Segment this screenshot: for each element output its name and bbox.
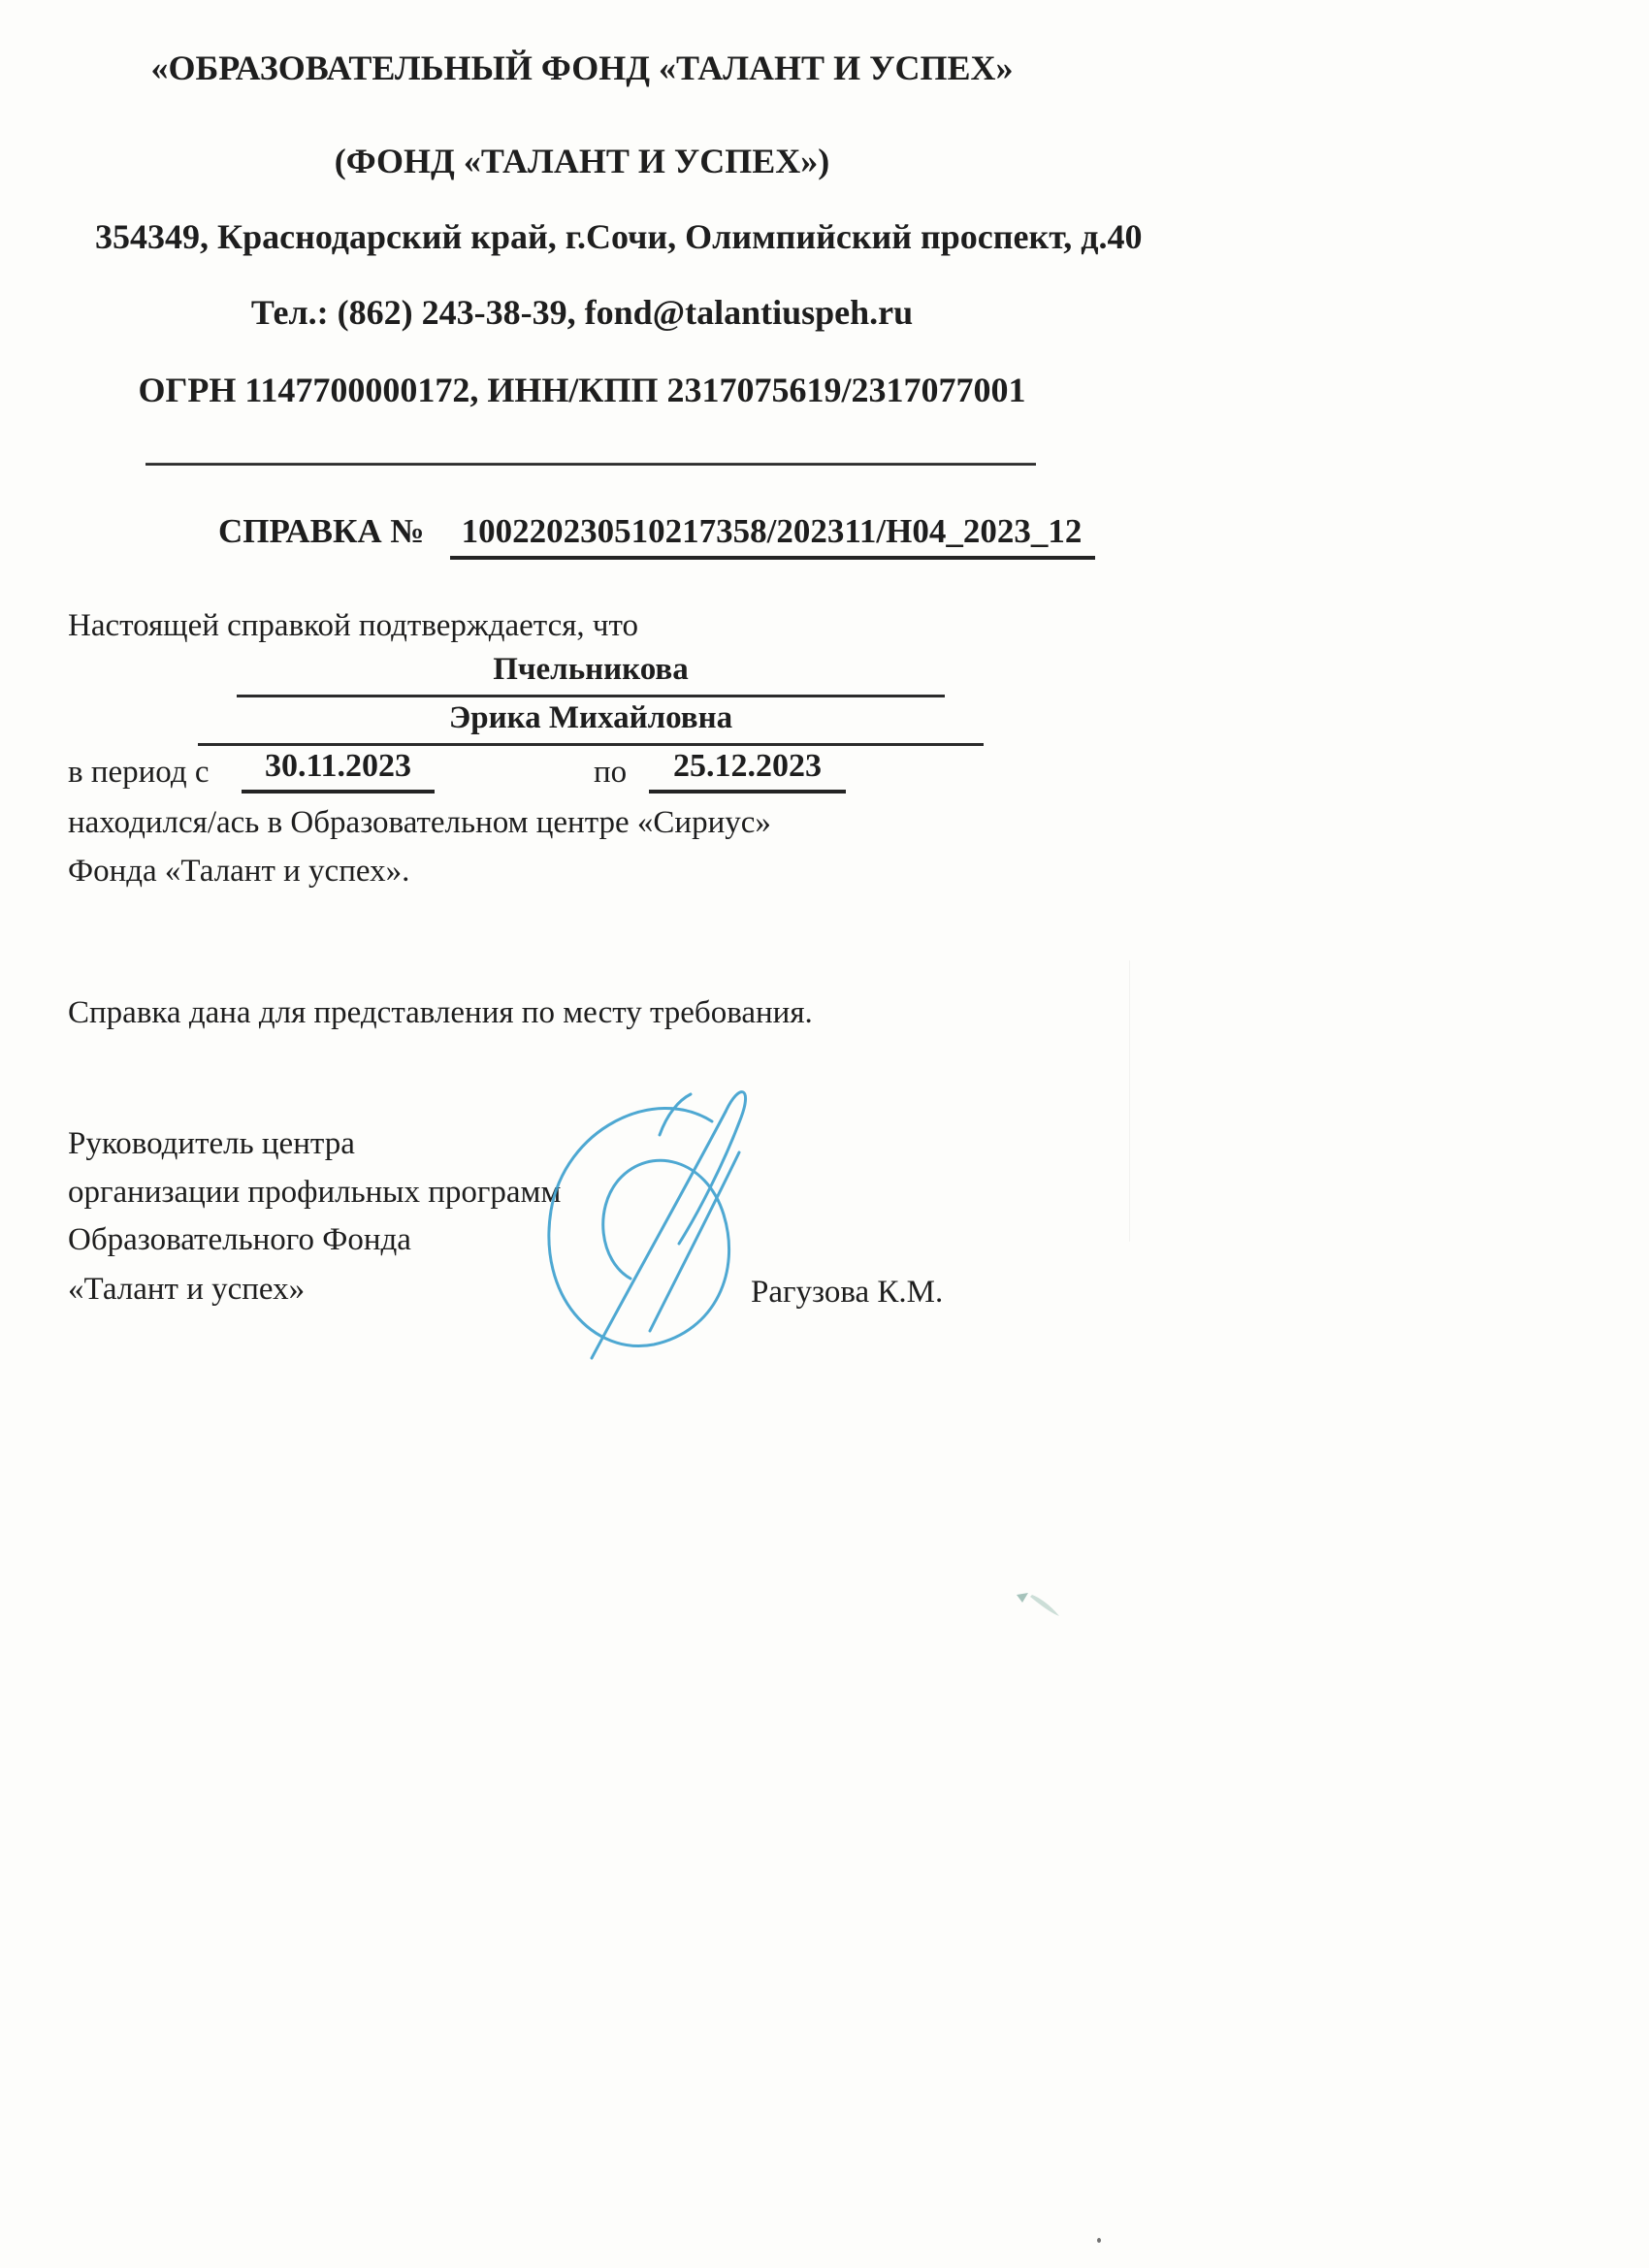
period-middle: по <box>594 755 627 792</box>
date-from-field: 30.11.2023 <box>242 749 435 794</box>
org-phone-email: Тел.: (862) 243-38-39, fond@talantiuspeh… <box>95 293 1069 333</box>
certificate-number: 100220230510217358/202311/Н04_2023_12 <box>450 512 1096 560</box>
letterhead-divider <box>145 463 1036 466</box>
period-prefix: в период с <box>68 755 210 792</box>
signer-position-line4: «Талант и успех» <box>68 1272 305 1309</box>
intro-text: Настоящей справкой подтверждается, что <box>68 608 638 645</box>
surname-field: Пчельникова <box>237 652 945 697</box>
signer-position-line2: организации профильных программ <box>68 1175 561 1212</box>
stay-text-line2: Фонда «Талант и успех». <box>68 854 409 891</box>
org-short-name: (ФОНД «ТАЛАНТ И УСПЕХ») <box>95 142 1069 181</box>
certificate-title-row: СПРАВКА № 100220230510217358/202311/Н04_… <box>218 512 1095 560</box>
org-ogrn-inn: ОГРН 1147700000172, ИНН/КПП 2317075619/2… <box>95 371 1069 410</box>
handwritten-signature-ink <box>506 1055 797 1366</box>
signer-position-line3: Образовательного Фонда <box>68 1222 411 1259</box>
scanned-certificate-page: «ОБРАЗОВАТЕЛЬНЫЙ ФОНД «ТАЛАНТ И УСПЕХ» (… <box>0 0 1649 2268</box>
name-patronymic-field: Эрика Михайловна <box>198 700 984 746</box>
org-address: 354349, Краснодарский край, г.Сочи, Олим… <box>95 217 1069 257</box>
signer-position-line1: Руководитель центра <box>68 1126 355 1163</box>
date-to-field: 25.12.2023 <box>649 749 846 794</box>
scan-speck <box>1097 2238 1101 2243</box>
signer-name: Рагузова К.М. <box>751 1275 943 1312</box>
scan-fold-line <box>1129 960 1130 1242</box>
purpose-text: Справка дана для представления по месту … <box>68 995 813 1032</box>
scan-smudge <box>1011 1587 1069 1626</box>
certificate-title-label: СПРАВКА № <box>218 512 425 551</box>
stay-text-line1: находился/ась в Образовательном центре «… <box>68 805 771 842</box>
org-name: «ОБРАЗОВАТЕЛЬНЫЙ ФОНД «ТАЛАНТ И УСПЕХ» <box>95 49 1069 88</box>
